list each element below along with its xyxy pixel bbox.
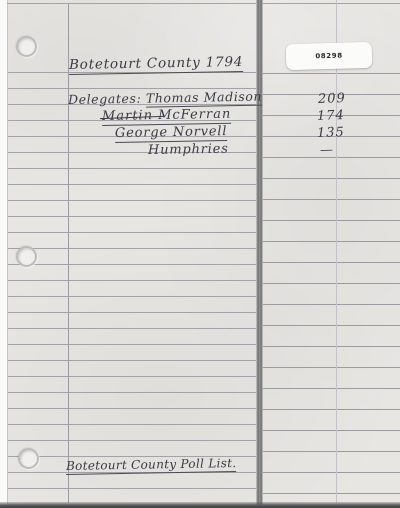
- delegates-row-1: Delegates: Thomas Madison: [68, 89, 262, 107]
- vote-count: 174: [317, 108, 345, 124]
- hole-punch-bottom: [18, 448, 39, 469]
- delegates-row-2: Martin McFerran: [102, 107, 232, 124]
- archival-number: 08298: [315, 52, 343, 61]
- delegate-name: Thomas Madison: [146, 89, 263, 108]
- vote-count-dash: —: [320, 143, 335, 158]
- margin-line: [68, 3, 69, 503]
- vote-count: 209: [318, 91, 346, 107]
- delegate-name: Humphries: [148, 142, 229, 158]
- delegates-row-4: Humphries: [148, 142, 229, 158]
- scan-left-edge: [0, 0, 7, 508]
- top-rule-line: [7, 3, 400, 4]
- delegates-label: Delegates:: [68, 91, 142, 107]
- delegate-name: George Norvell: [115, 124, 228, 143]
- delegates-row-3: George Norvell: [115, 124, 227, 141]
- faint-vertical-line: [336, 0, 337, 503]
- hole-punch-middle: [16, 246, 37, 267]
- archival-label-sticker: 08298: [286, 42, 373, 70]
- page-fold-seam: [256, 0, 263, 508]
- scan-bottom-edge: [0, 502, 400, 508]
- vote-count: 135: [317, 125, 345, 141]
- hole-punch-top: [16, 36, 37, 57]
- footer-note: Botetourt County Poll List.: [66, 456, 237, 473]
- page-title: Botetourt County 1794: [69, 54, 243, 73]
- scanned-poll-list-page: 08298 Botetourt County 1794 Delegates: T…: [0, 0, 400, 508]
